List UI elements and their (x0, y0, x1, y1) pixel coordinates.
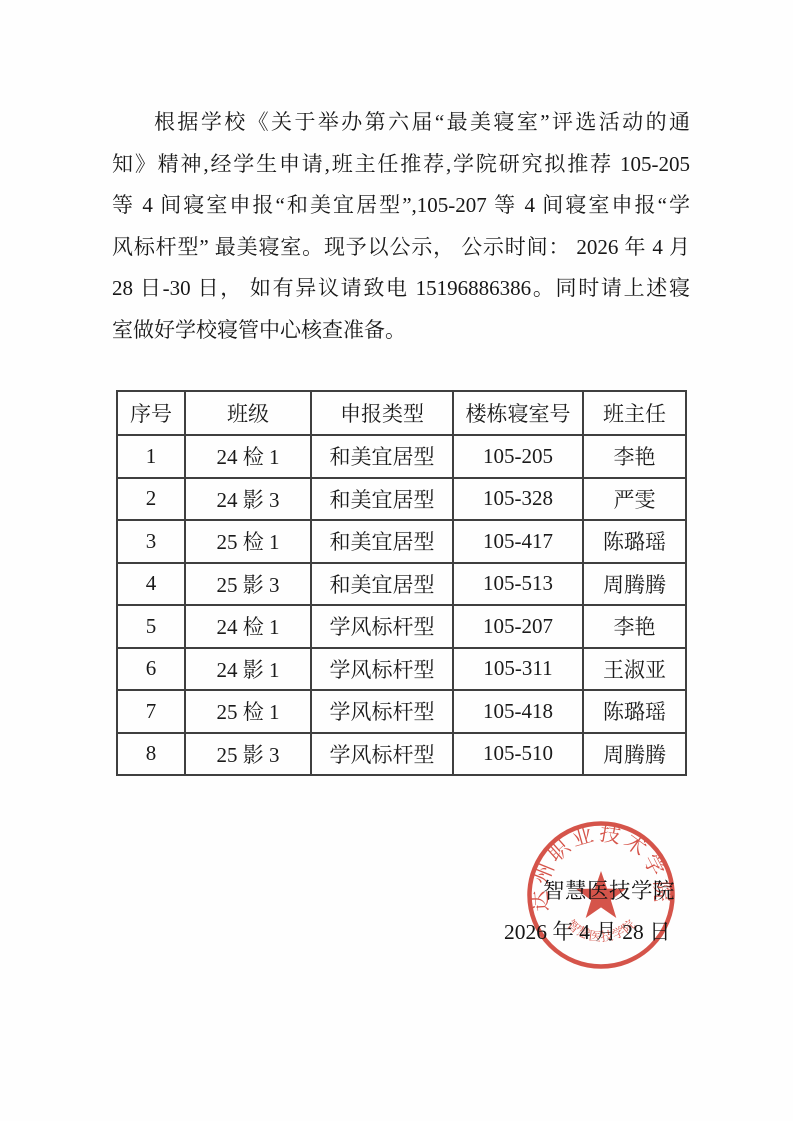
table-cell: 4 (117, 563, 185, 606)
table-row: 825 影 3学风标杆型105-510周腾腾 (117, 733, 686, 776)
table-cell: 和美宜居型 (311, 435, 453, 478)
paragraph-line: 风标杆型” 最美寝室。现予以公示， 公示时间： 2026 年 4 月 (112, 227, 690, 269)
table-head: 序号班级申报类型楼栋寝室号班主任 (117, 391, 686, 435)
table-row: 425 影 3和美宜居型105-513周腾腾 (117, 563, 686, 606)
table-cell: 严雯 (583, 478, 686, 521)
signature-department: 智慧医技学院 (543, 874, 675, 905)
table-header-cell: 班级 (185, 391, 311, 435)
table-cell: 24 检 1 (185, 605, 311, 648)
table-cell: 1 (117, 435, 185, 478)
table-header-cell: 楼栋寝室号 (453, 391, 583, 435)
paragraph-line: 28 日-30 日， 如有异议请致电 15196886386。同时请上述寝 (112, 268, 690, 310)
table-cell: 105-510 (453, 733, 583, 776)
notice-paragraph: 根据学校《关于举办第六届“最美寝室”评选活动的通知》精神,经学生申请,班主任推荐… (112, 102, 690, 351)
table-cell: 105-328 (453, 478, 583, 521)
signature-date: 2026 年 4 月 28 日 (504, 915, 671, 946)
table-row: 725 检 1学风标杆型105-418陈璐瑶 (117, 690, 686, 733)
table-cell: 7 (117, 690, 185, 733)
paragraph-line: 根据学校《关于举办第六届“最美寝室”评选活动的通 (112, 102, 690, 144)
table-cell: 周腾腾 (583, 563, 686, 606)
table-cell: 5 (117, 605, 185, 648)
table-cell: 王淑亚 (583, 648, 686, 691)
table-cell: 3 (117, 520, 185, 563)
paragraph-line: 等 4 间寝室申报“和美宜居型”,105-207 等 4 间寝室申报“学 (112, 185, 690, 227)
table-cell: 24 影 3 (185, 478, 311, 521)
table-cell: 24 检 1 (185, 435, 311, 478)
table-row: 624 影 1学风标杆型105-311王淑亚 (117, 648, 686, 691)
table-cell: 6 (117, 648, 185, 691)
table-cell: 学风标杆型 (311, 648, 453, 691)
table-cell: 学风标杆型 (311, 605, 453, 648)
table-cell: 8 (117, 733, 185, 776)
table-row: 224 影 3和美宜居型105-328严雯 (117, 478, 686, 521)
table-header-row: 序号班级申报类型楼栋寝室号班主任 (117, 391, 686, 435)
table-cell: 105-207 (453, 605, 583, 648)
table-cell: 周腾腾 (583, 733, 686, 776)
table-body: 124 检 1和美宜居型105-205李艳224 影 3和美宜居型105-328… (117, 435, 686, 775)
table-row: 124 检 1和美宜居型105-205李艳 (117, 435, 686, 478)
table-cell: 和美宜居型 (311, 520, 453, 563)
table-header-cell: 申报类型 (311, 391, 453, 435)
table-cell: 李艳 (583, 435, 686, 478)
table-cell: 25 影 3 (185, 733, 311, 776)
table-cell: 学风标杆型 (311, 733, 453, 776)
document-page: 根据学校《关于举办第六届“最美寝室”评选活动的通知》精神,经学生申请,班主任推荐… (0, 0, 793, 1121)
table-row: 524 检 1学风标杆型105-207李艳 (117, 605, 686, 648)
table-cell: 105-205 (453, 435, 583, 478)
table-header-cell: 班主任 (583, 391, 686, 435)
table-cell: 25 检 1 (185, 520, 311, 563)
table-cell: 2 (117, 478, 185, 521)
table-cell: 陈璐瑶 (583, 690, 686, 733)
table-cell: 105-311 (453, 648, 583, 691)
table-cell: 105-417 (453, 520, 583, 563)
table-row: 325 检 1和美宜居型105-417陈璐瑶 (117, 520, 686, 563)
table-cell: 25 检 1 (185, 690, 311, 733)
table-cell: 陈璐瑶 (583, 520, 686, 563)
table-header-cell: 序号 (117, 391, 185, 435)
table-cell: 学风标杆型 (311, 690, 453, 733)
paragraph-line: 室做好学校寝管中心核查准备。 (112, 310, 690, 352)
dorm-table: 序号班级申报类型楼栋寝室号班主任 124 检 1和美宜居型105-205李艳22… (116, 390, 687, 776)
table-cell: 李艳 (583, 605, 686, 648)
table-cell: 105-513 (453, 563, 583, 606)
paragraph-line: 知》精神,经学生申请,班主任推荐,学院研究拟推荐 105-205 (112, 144, 690, 186)
table-cell: 25 影 3 (185, 563, 311, 606)
table-cell: 24 影 1 (185, 648, 311, 691)
table-cell: 和美宜居型 (311, 563, 453, 606)
table-cell: 和美宜居型 (311, 478, 453, 521)
table-cell: 105-418 (453, 690, 583, 733)
